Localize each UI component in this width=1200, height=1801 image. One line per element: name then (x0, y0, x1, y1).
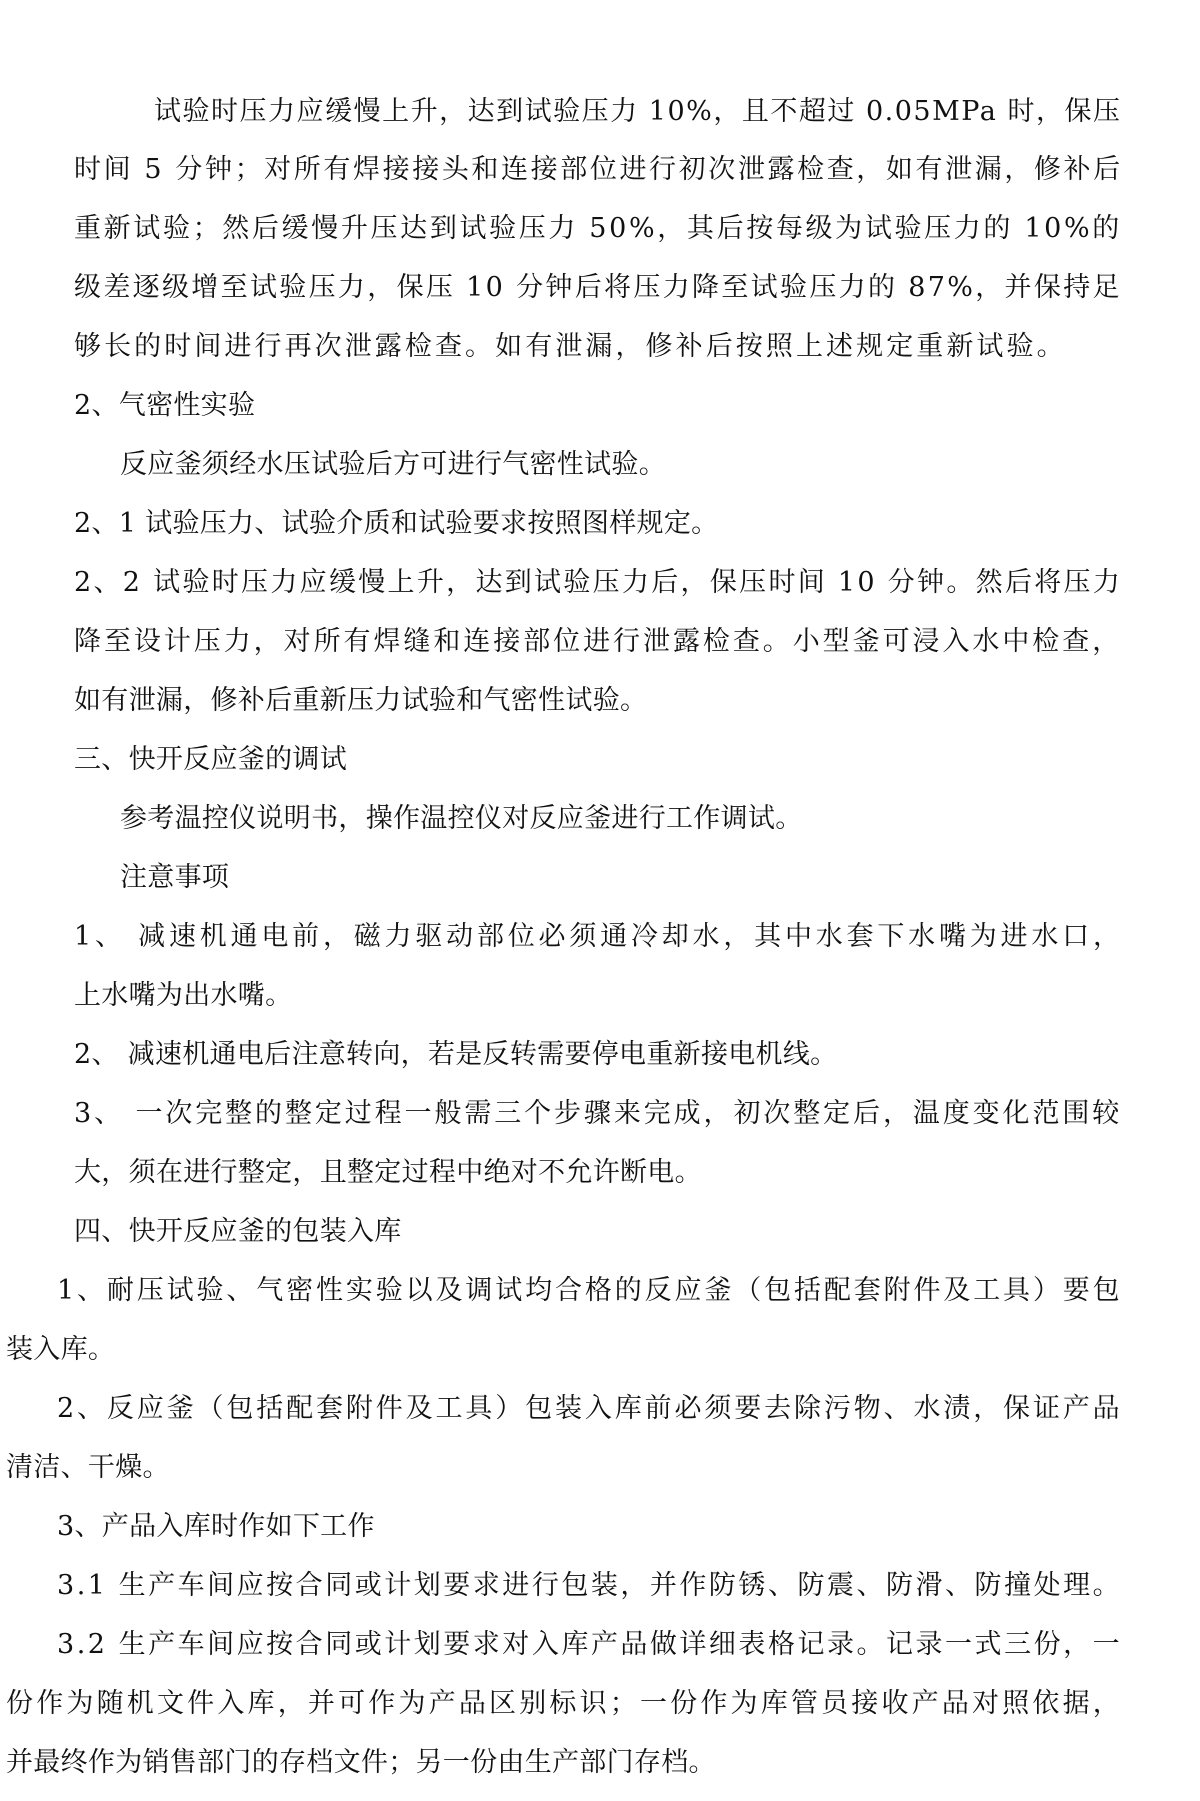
text-line: 参考温控仪说明书，操作温控仪对反应釜进行工作调试。 (120, 801, 803, 837)
text-line: 试验时压力应缓慢上升，达到试验压力 10%，且不超过 0.05MPa 时，保压 (154, 94, 1121, 130)
text-line: 反应釜须经水压试验后方可进行气密性试验。 (120, 447, 666, 483)
text-line: 2、气密性实验 (74, 388, 255, 424)
text-line: 上水嘴为出水嘴。 (74, 978, 292, 1014)
text-line: 级差逐级增至试验压力，保压 10 分钟后将压力降至试验压力的 87%，并保持足 (74, 270, 1122, 306)
text-line: 3.2 生产车间应按合同或计划要求对入库产品做详细表格记录。记录一式三份，一 (57, 1627, 1122, 1663)
text-line: 降至设计压力，对所有焊缝和连接部位进行泄露检查。小型釜可浸入水中检查， (74, 624, 1122, 660)
document-page: 试验时压力应缓慢上升，达到试验压力 10%，且不超过 0.05MPa 时，保压时… (0, 0, 1200, 1801)
text-line: 时间 5 分钟；对所有焊接接头和连接部位进行初次泄露检查，如有泄漏，修补后 (74, 152, 1123, 188)
text-line: 2、2 试验时压力应缓慢上升，达到试验压力后，保压时间 10 分钟。然后将压力 (74, 565, 1122, 601)
text-line: 3、 一次完整的整定过程一般需三个步骤来完成，初次整定后，温度变化范围较 (74, 1096, 1122, 1132)
text-line: 清洁、干燥。 (6, 1450, 170, 1486)
text-line: 注意事项 (120, 860, 229, 896)
text-line: 2、1 试验压力、试验介质和试验要求按照图样规定。 (74, 506, 718, 542)
text-line: 大，须在进行整定，且整定过程中绝对不允许断电。 (74, 1155, 702, 1191)
text-line: 重新试验；然后缓慢升压达到试验压力 50%，其后按每级为试验压力的 10%的 (74, 211, 1122, 247)
text-line: 如有泄漏，修补后重新压力试验和气密性试验。 (74, 683, 647, 719)
text-line: 装入库。 (6, 1332, 115, 1368)
text-line: 三、快开反应釜的调试 (74, 742, 347, 778)
text-line: 2、反应釜（包括配套附件及工具）包装入库前必须要去除污物、水渍，保证产品 (57, 1391, 1123, 1427)
text-line: 1、耐压试验、气密性实验以及调试均合格的反应釜（包括配套附件及工具）要包 (57, 1273, 1123, 1309)
text-line: 并最终作为销售部门的存档文件；另一份由生产部门存档。 (6, 1745, 716, 1781)
text-line: 2、 减速机通电后注意转向，若是反转需要停电重新接电机线。 (74, 1037, 837, 1073)
text-line: 1、 减速机通电前，磁力驱动部位必须通冷却水，其中水套下水嘴为进水口， (74, 919, 1124, 955)
text-line: 四、快开反应釜的包装入库 (74, 1214, 402, 1250)
text-line: 3、产品入库时作如下工作 (57, 1509, 375, 1545)
text-line: 3.1 生产车间应按合同或计划要求进行包装，并作防锈、防震、防滑、防撞处理。 (57, 1568, 1122, 1604)
text-line: 份作为随机文件入库，并可作为产品区别标识；一份作为库管员接收产品对照依据， (6, 1686, 1123, 1722)
text-line: 够长的时间进行再次泄露检查。如有泄漏，修补后按照上述规定重新试验。 (74, 329, 1067, 365)
